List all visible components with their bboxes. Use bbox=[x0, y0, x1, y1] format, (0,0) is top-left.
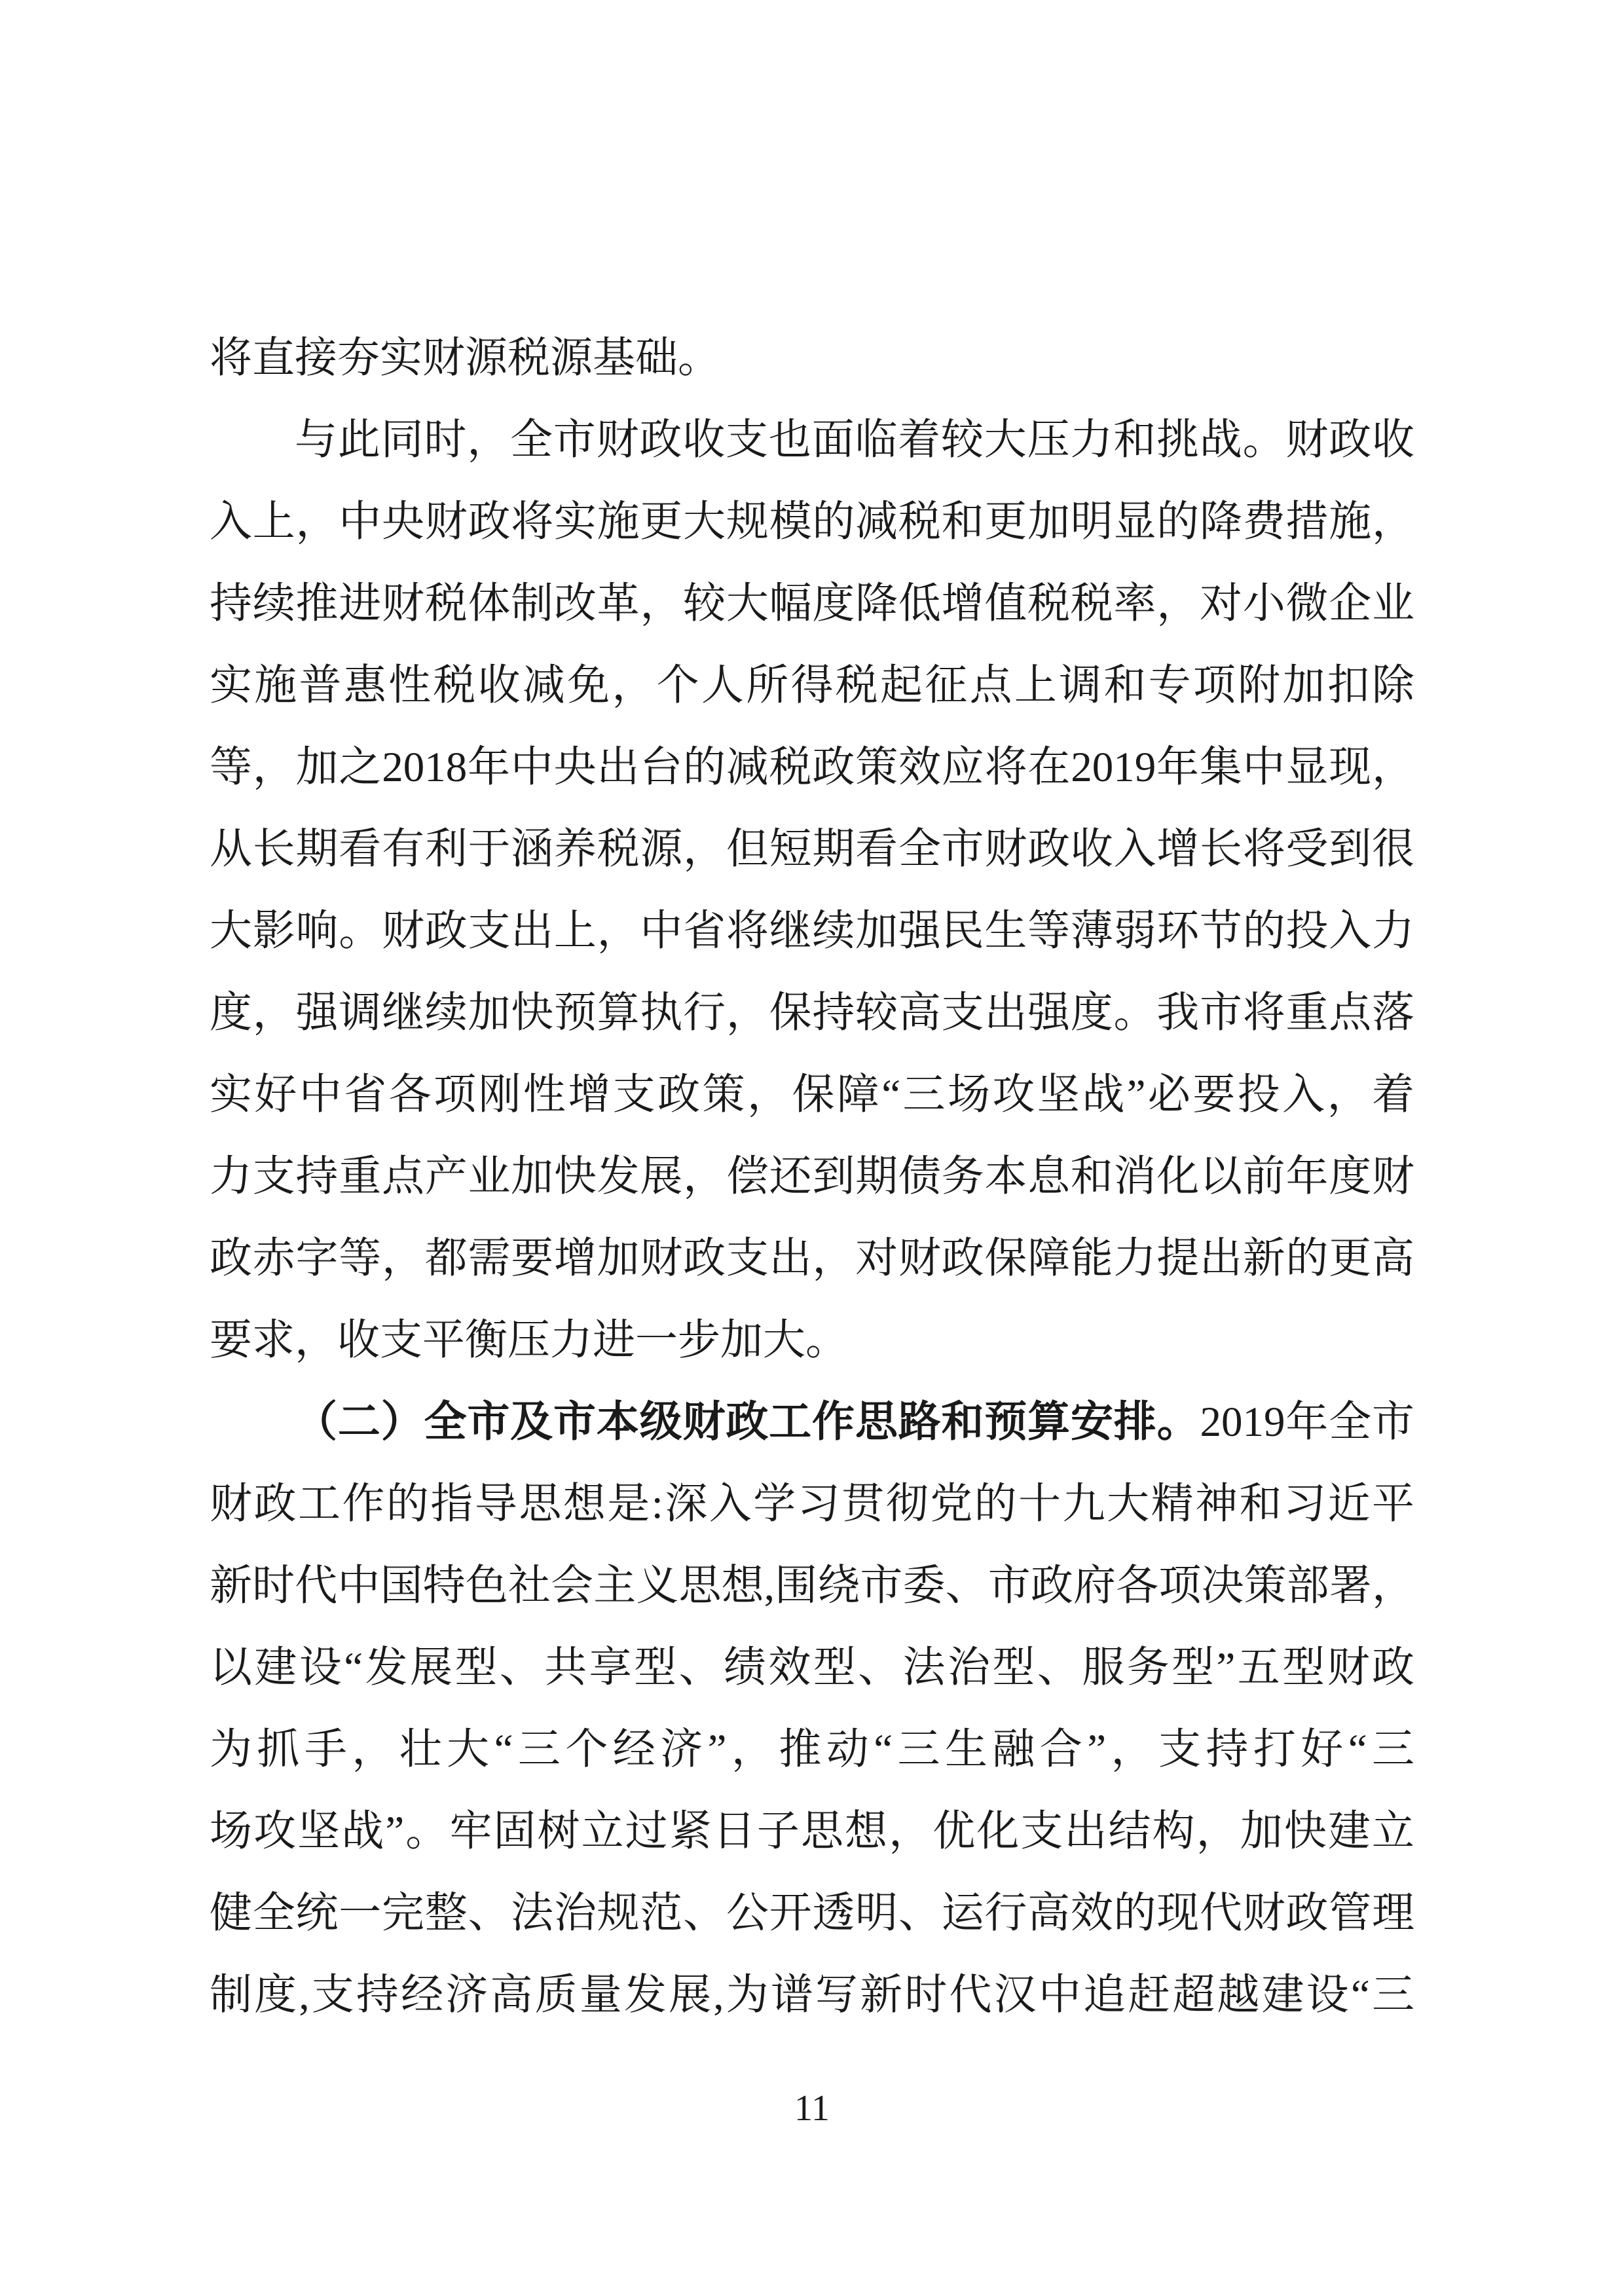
text-line: 以建设“发展型、共享型、绩效型、法治型、服务型”五型财政 bbox=[210, 1627, 1414, 1709]
text-line: 持续推进财税体制改革，较大幅度降低增值税税率，对小微企业 bbox=[210, 563, 1414, 645]
body-text: 将直接夯实财源税源基础。 与此同时，全市财政收支也面临着较大压力和挑战。财政收 … bbox=[210, 318, 1414, 2036]
text-line: 入上，中央财政将实施更大规模的减税和更加明显的降费措施， bbox=[210, 481, 1414, 563]
text-line: 将直接夯实财源税源基础。 bbox=[210, 318, 1414, 399]
text-line: 要求，收支平衡压力进一步加大。 bbox=[210, 1300, 1414, 1382]
page-number: 11 bbox=[0, 2089, 1624, 2128]
text-line: 等，加之2018年中央出台的减税政策效应将在2019年集中显现， bbox=[210, 727, 1414, 809]
text-line: 为抓手，壮大“三个经济”，推动“三生融合”，支持打好“三 bbox=[210, 1709, 1414, 1791]
text-line: 制度,支持经济高质量发展,为谱写新时代汉中追赶超越建设“三 bbox=[210, 1955, 1414, 2036]
section-heading-tail: 2019年全市 bbox=[1200, 1399, 1414, 1446]
text-line: 大影响。财政支出上，中省将继续加强民生等薄弱环节的投入力 bbox=[210, 890, 1414, 972]
text-line: 从长期看有利于涵养税源，但短期看全市财政收入增长将受到很 bbox=[210, 809, 1414, 890]
text-line: 度，强调继续加快预算执行，保持较高支出强度。我市将重点落 bbox=[210, 972, 1414, 1054]
text-line: 政赤字等，都需要增加财政支出，对财政保障能力提出新的更高 bbox=[210, 1218, 1414, 1300]
text-line: 财政工作的指导思想是:深入学习贯彻党的十九大精神和习近平 bbox=[210, 1463, 1414, 1545]
text-line: 新时代中国特色社会主义思想,围绕市委、市政府各项决策部署， bbox=[210, 1545, 1414, 1627]
text-line: 实好中省各项刚性增支政策，保障“三场攻坚战”必要投入，着 bbox=[210, 1054, 1414, 1136]
text-line: 与此同时，全市财政收支也面临着较大压力和挑战。财政收 bbox=[210, 399, 1414, 481]
text-line: 实施普惠性税收减免，个人所得税起征点上调和专项附加扣除 bbox=[210, 645, 1414, 727]
text-line: （二）全市及市本级财政工作思路和预算安排。2019年全市 bbox=[210, 1382, 1414, 1463]
section-heading: （二）全市及市本级财政工作思路和预算安排。 bbox=[295, 1399, 1200, 1446]
document-page: 将直接夯实财源税源基础。 与此同时，全市财政收支也面临着较大压力和挑战。财政收 … bbox=[0, 0, 1624, 2295]
text-line: 力支持重点产业加快发展，偿还到期债务本息和消化以前年度财 bbox=[210, 1136, 1414, 1218]
text-line: 场攻坚战”。牢固树立过紧日子思想，优化支出结构，加快建立 bbox=[210, 1791, 1414, 1873]
text-line: 健全统一完整、法治规范、公开透明、运行高效的现代财政管理 bbox=[210, 1873, 1414, 1955]
